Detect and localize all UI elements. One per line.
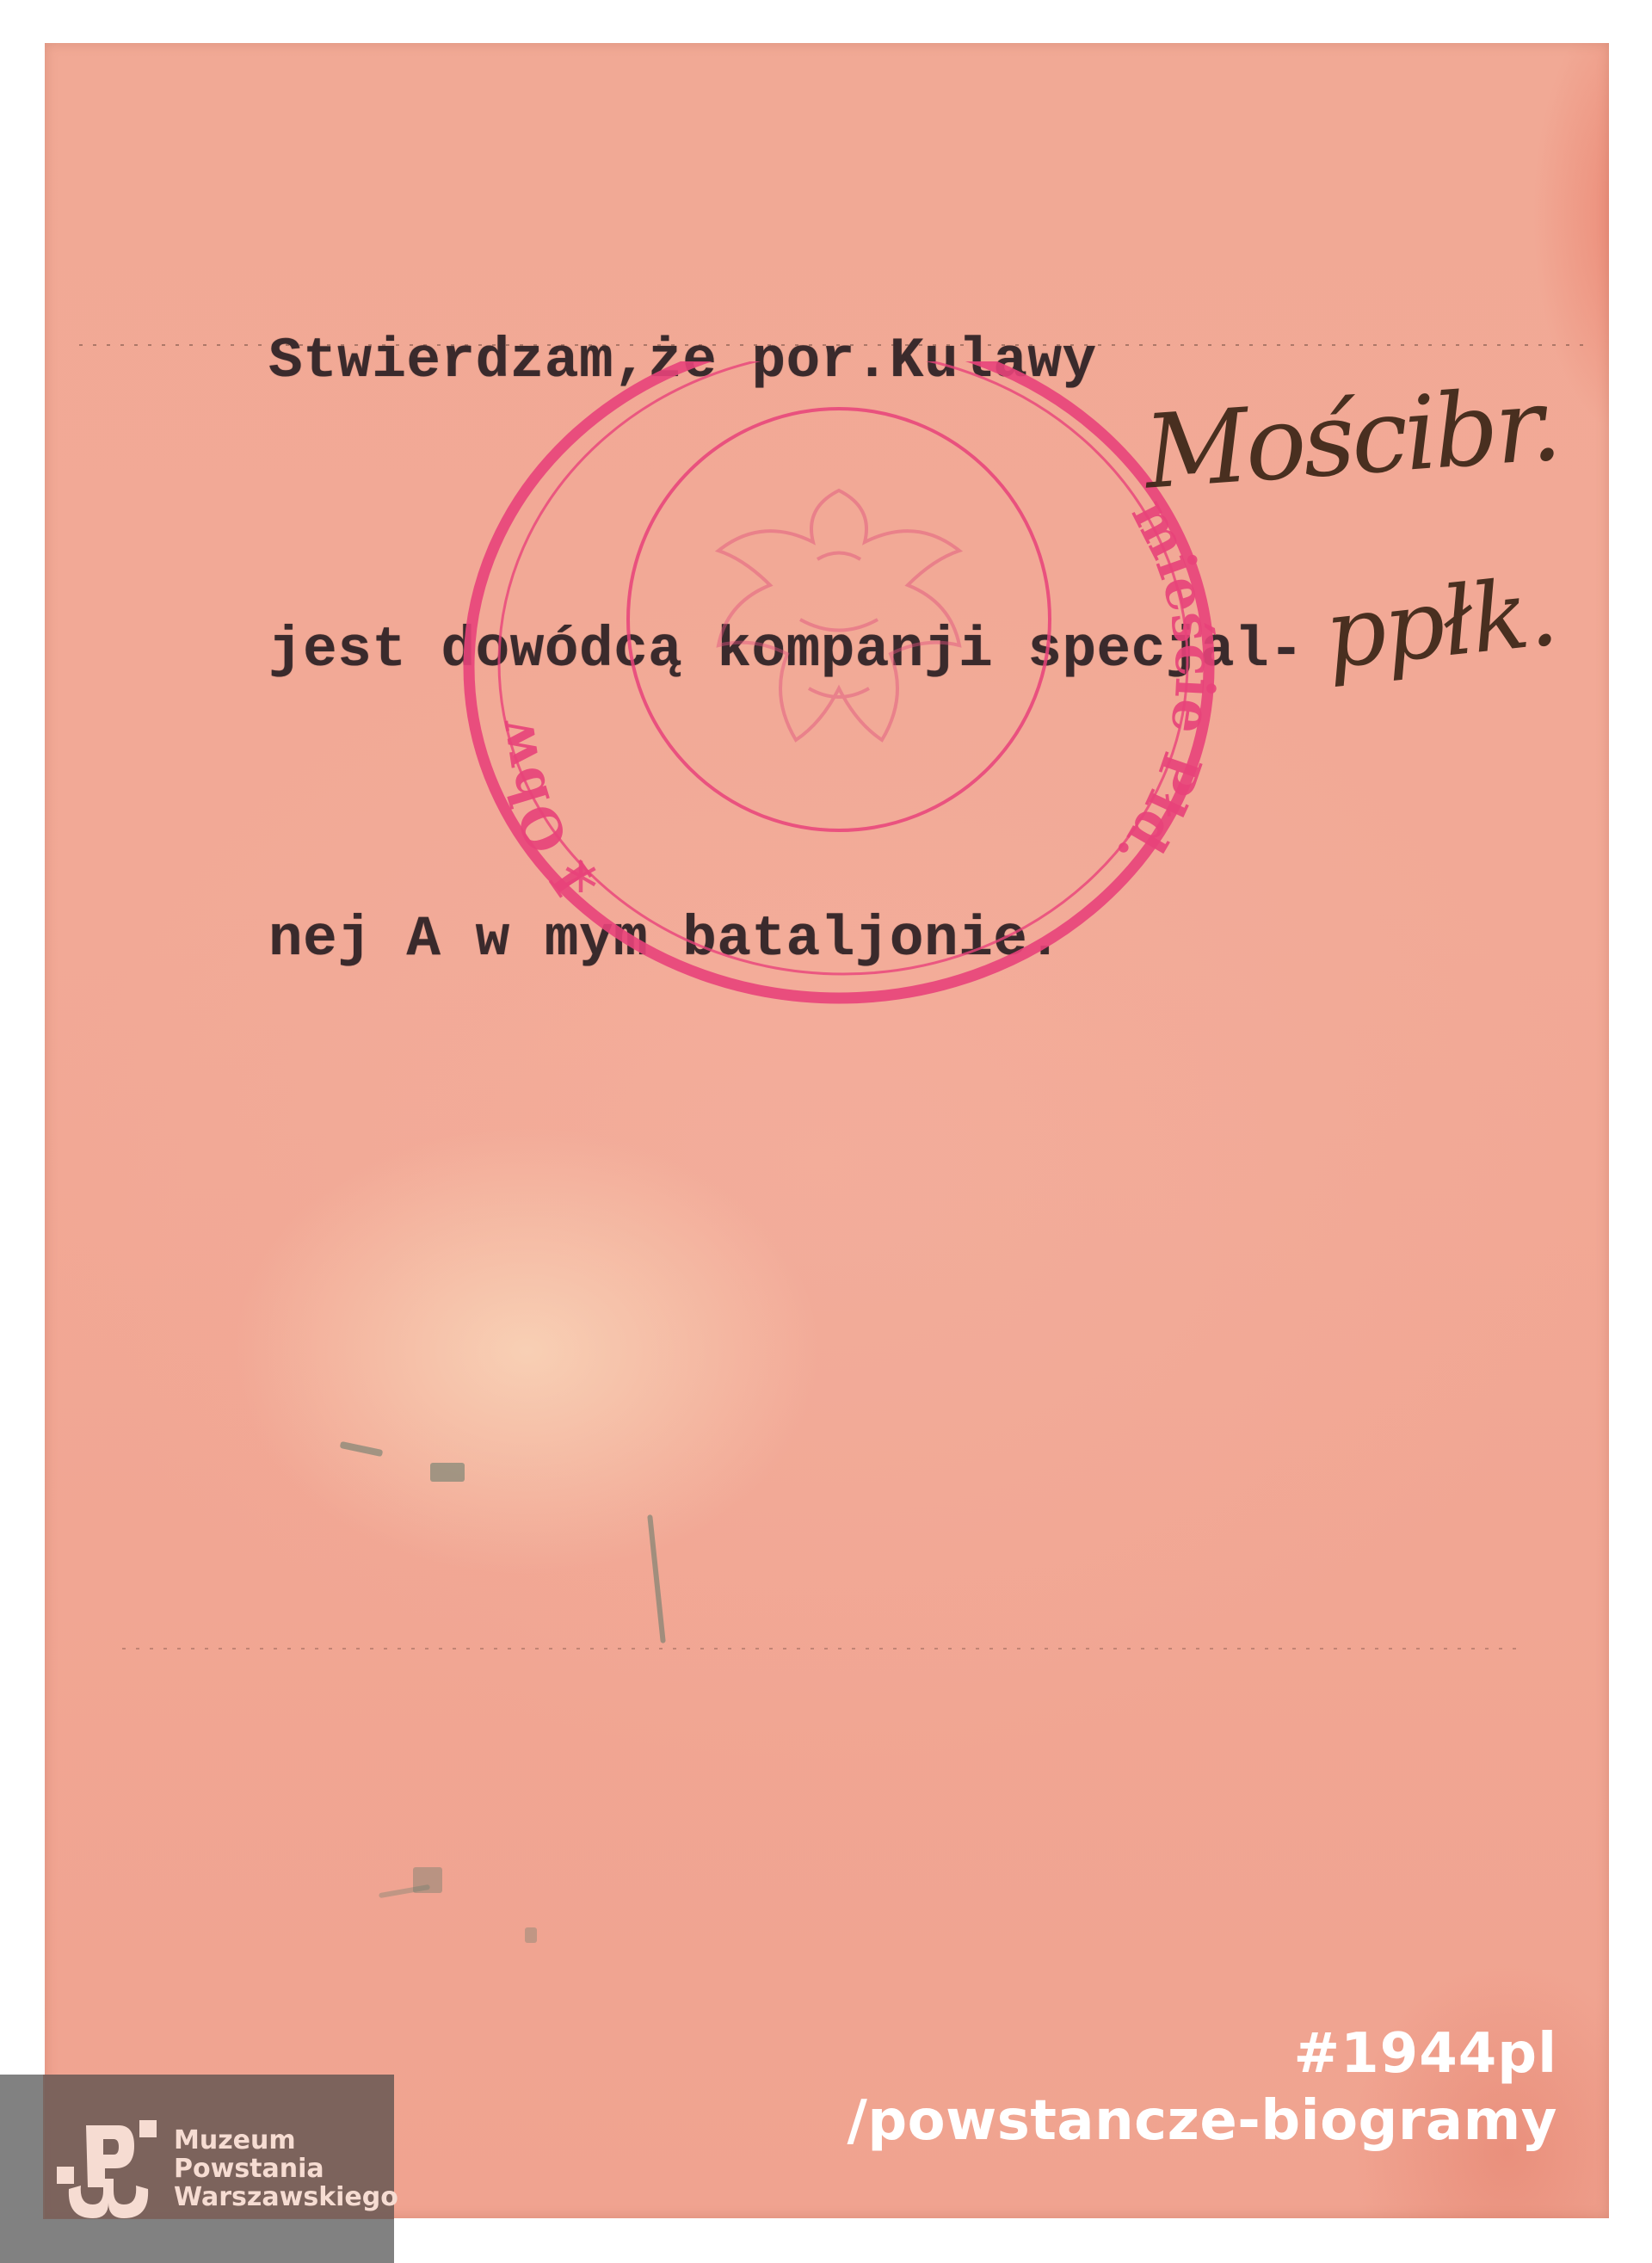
svg-text:mieście Płd.: mieście Płd.: [1104, 489, 1222, 881]
watermark-path: /powstancze-biogramy: [847, 2093, 1557, 2149]
museum-name: Muzeum Powstania Warszawskiego: [174, 2126, 398, 2211]
official-stamp: I Obw mieście Płd. *: [447, 361, 1222, 1015]
museum-name-line: Warszawskiego: [174, 2183, 398, 2211]
pencil-mark: [525, 1927, 537, 1943]
museum-name-line: Powstania: [174, 2155, 398, 2183]
museum-logo: Muzeum Powstania Warszawskiego: [0, 2075, 394, 2263]
museum-name-line: Muzeum: [174, 2126, 398, 2155]
eagle-emblem-icon: [718, 490, 959, 740]
watermark: #1944pl /powstancze-biogramy: [847, 2026, 1557, 2149]
watermark-hashtag: #1944pl: [847, 2026, 1557, 2081]
right-margin: [1609, 0, 1652, 2263]
stamp-star-icon: *: [564, 848, 598, 928]
fold-line: [122, 1648, 1516, 1649]
polska-walczaca-anchor-icon: [52, 2113, 163, 2225]
pencil-mark: [430, 1463, 465, 1482]
stamp-ring-text-right: mieście Płd.: [1104, 489, 1222, 881]
